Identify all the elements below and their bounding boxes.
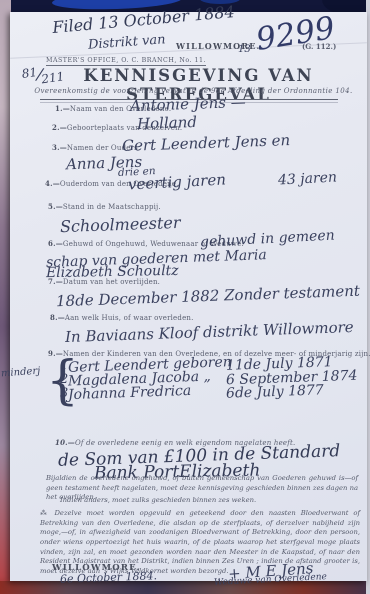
item4-number: 4.— (45, 179, 60, 188)
item2-number: 2.— (52, 123, 67, 132)
scanned-death-notice: { "colors": { "paper": "#e6e8f1", "ink_h… (0, 0, 370, 594)
item6-answer: gehuwd in gemeen (200, 227, 335, 250)
bottom-page-edge (0, 581, 370, 594)
item7-number: 7.— (48, 277, 63, 286)
item9-margin-note: minderj (1, 366, 41, 380)
item1-answer: Antonie Jens — (130, 93, 246, 115)
item7-label: 7.—Datum van het overlijden. (48, 277, 160, 286)
item1-number: 1.— (55, 104, 70, 113)
death-notice-form: Filed 13 October 1884 Distrikt van WILLO… (10, 12, 367, 581)
item3-answer: Gert Leendert Jens en (122, 131, 291, 155)
item6-number: 6.— (48, 239, 63, 248)
item4-answer-right: 43 jaren (278, 169, 338, 188)
item8-label-text: Aan welk Huis, of waar overleden. (65, 314, 194, 322)
item5-answer: Schoolmeester (60, 213, 181, 236)
item5-number: 5.— (48, 202, 63, 211)
form-code: (G. 112.) (302, 42, 336, 51)
item5-label-text: Stand in de Maatschappij. (63, 203, 161, 211)
item7-label-text: Datum van het overlijden. (63, 278, 160, 286)
child-row-3-date: 6de July 1877 (226, 382, 324, 401)
filing-small-number: 13 (238, 44, 251, 55)
note-paragraph-2: Indien anders, moet zulks geschieden bin… (60, 496, 360, 506)
item10-number: 10.— (55, 438, 75, 447)
item8-number: 8.— (50, 313, 65, 322)
item2-answer: Holland (137, 113, 198, 133)
office-line: MASTER'S OFFICE, O. C. BRANCH, No. 11. (46, 57, 206, 66)
item3-number: 3.— (52, 143, 67, 152)
item8-answer: In Baviaans Kloof distrikt Willowmore (65, 318, 354, 346)
district-handwriting: Distrikt van (88, 32, 166, 52)
item8-label: 8.—Aan welk Huis, of waar overleden. (50, 313, 194, 322)
item5-label: 5.—Stand in de Maatschappij. (48, 202, 161, 211)
file-fraction-top: 81 (21, 65, 38, 81)
item4-answer: veertig jaren (128, 170, 227, 193)
child-row-3-name: Johanna Fredrica (68, 383, 192, 403)
